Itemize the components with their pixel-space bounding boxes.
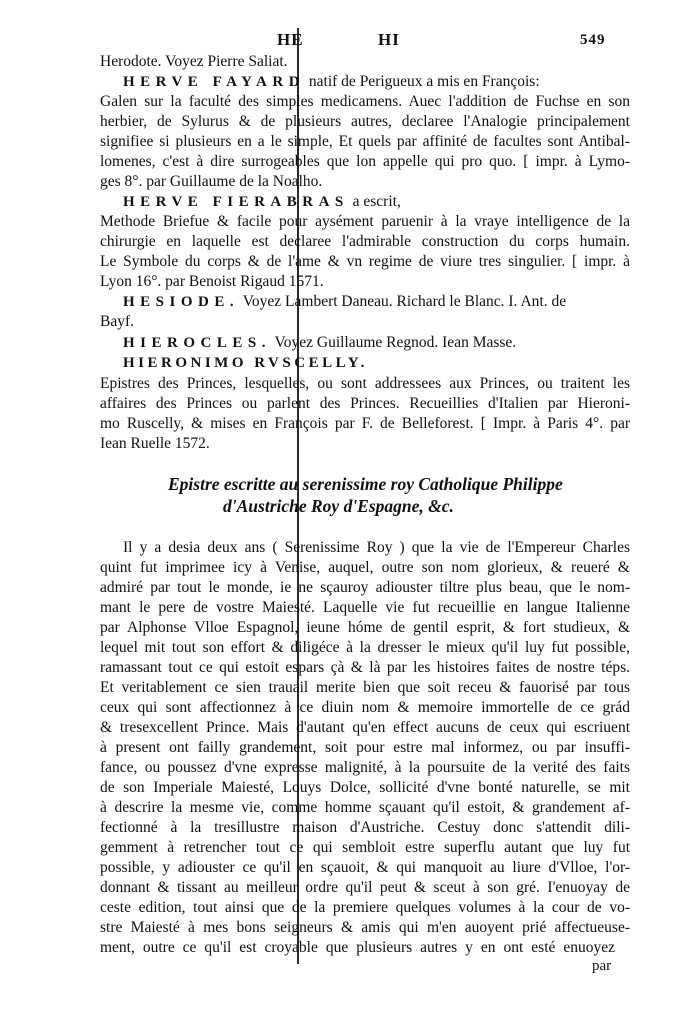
entry-heading: HERVE FIERABRAS a escrit, (123, 192, 653, 212)
entry-line: Herodote. Voyez Pierre Saliat. (100, 52, 250, 72)
epistle-line: à present ont failly grandement, soit po… (100, 738, 630, 758)
entry-line: signifiee si plusieurs en a le simple, E… (100, 132, 630, 152)
entry-line: affaires des Princes ou parlent des Prin… (100, 394, 630, 414)
entry-line: Galen sur la faculté des simples medicam… (100, 92, 630, 112)
epistle-line: stre Maiesté à mes bons seigneurs & amis… (100, 918, 630, 938)
entry-line: Epistres des Princes, lesquelles, ou son… (100, 374, 630, 394)
entry-heading-name: HIEROCLES. (123, 335, 271, 351)
entry-line: Lyon 16°. par Benoist Rigaud 1571. (100, 272, 630, 292)
entry-heading-rest: Voyez Lambert Daneau. Richard le Blanc. … (239, 293, 566, 310)
entry-heading: HESIODE. Voyez Lambert Daneau. Richard l… (123, 292, 653, 312)
epistle-line: & tresexcellent Prince. Mais d'autant qu… (100, 718, 630, 738)
epistle-line: Et veritablement ce sien trauail merite … (100, 678, 630, 698)
epistle-title-line-2: d'Austriche Roy d'Espagne, &c. (223, 496, 454, 517)
epistle-line: de son Imperiale Maiesté, Louys Dolce, s… (100, 778, 630, 798)
catchword: par (592, 958, 611, 975)
epistle-line: ment, outre ce qu'il est croyable que pl… (100, 938, 615, 958)
entry-heading-rest: Voyez Guillaume Regnod. Iean Masse. (271, 334, 516, 351)
epistle-line: ceux qui sont affectionnez à ce diuin no… (100, 698, 630, 718)
epistle-line: Il y a desia deux ans ( Serenissime Roy … (123, 538, 630, 558)
entry-heading: HIEROCLES. Voyez Guillaume Regnod. Iean … (123, 333, 653, 353)
entry-line: Methode Briefue & facile pour aysément p… (100, 212, 630, 232)
entry-heading-name: HESIODE. (123, 294, 239, 310)
entry-heading: HIERONIMO RVSCELLY. (123, 353, 653, 373)
epistle-line: possible, y adiouster ce qu'il en sçauoi… (100, 858, 630, 878)
entry-line: Iean Ruelle 1572. (100, 434, 630, 454)
epistle-line: lequel mit tout son effort & diligéce à … (100, 638, 630, 658)
epistle-line: gemment à retrencher tout ce qui sembloi… (100, 838, 630, 858)
entry-line: chirurgie en laquelle est declaree l'adm… (100, 232, 630, 252)
running-head-middle: HI (378, 30, 400, 52)
epistle-line: ceste edition, tout ainsi que de la prem… (100, 898, 630, 918)
entry-line: herbier, de Sylurus & de plusieurs autre… (100, 112, 630, 132)
book-page: HE HI 549 Herodote. Voyez Pierre Saliat.… (0, 0, 696, 1024)
entry-heading-name: HERVE FAYARD (123, 74, 305, 90)
epistle-line: fectionné à la tresillustre maison d'Aus… (100, 818, 630, 838)
entry-line: ges 8°. par Guillaume de la Noalho. (100, 172, 630, 192)
entry-heading: HERVE FAYARD natif de Perigueux a mis en… (123, 72, 653, 92)
entry-heading-name: HERVE FIERABRAS (123, 194, 349, 210)
epistle-line: fance, ou poussez d'vne expresse maligni… (100, 758, 630, 778)
entry-line: Le Symbole du corps & de l'ame & vn regi… (100, 252, 630, 272)
entry-heading-rest: natif de Perigueux a mis en François: (305, 73, 540, 90)
epistle-line: mant le pere de vostre Maiesté. Laquelle… (100, 598, 630, 618)
epistle-line: admiré par tout le monde, ie ne sçauroy … (100, 578, 630, 598)
page-number: 549 (580, 32, 606, 54)
epistle-line: donnant & tissant au meilleur ordre qu'i… (100, 878, 630, 898)
epistle-line: par Alphonse Vlloe Espagnol, ieune hóme … (100, 618, 630, 638)
epistle-line: ramassant tout ce qui estoit espars çà &… (100, 658, 630, 678)
epistle-line: quint fut imprimee icy à Venise, auquel,… (100, 558, 630, 578)
entry-line: mo Ruscelly, & mises en François par F. … (100, 414, 630, 434)
entry-heading-rest: a escrit, (349, 193, 401, 210)
entry-line: Bayf. (100, 312, 630, 332)
running-head-left: HE (277, 30, 304, 52)
epistle-title-line-1: Epistre escritte au serenissime roy Cath… (168, 474, 563, 495)
entry-heading-name: HIERONIMO RVSCELLY. (123, 355, 368, 371)
entry-line: lomenes, c'est à dire surrogeables que l… (100, 152, 630, 172)
epistle-line: à descrire la mesme vie, comme homme sça… (100, 798, 630, 818)
